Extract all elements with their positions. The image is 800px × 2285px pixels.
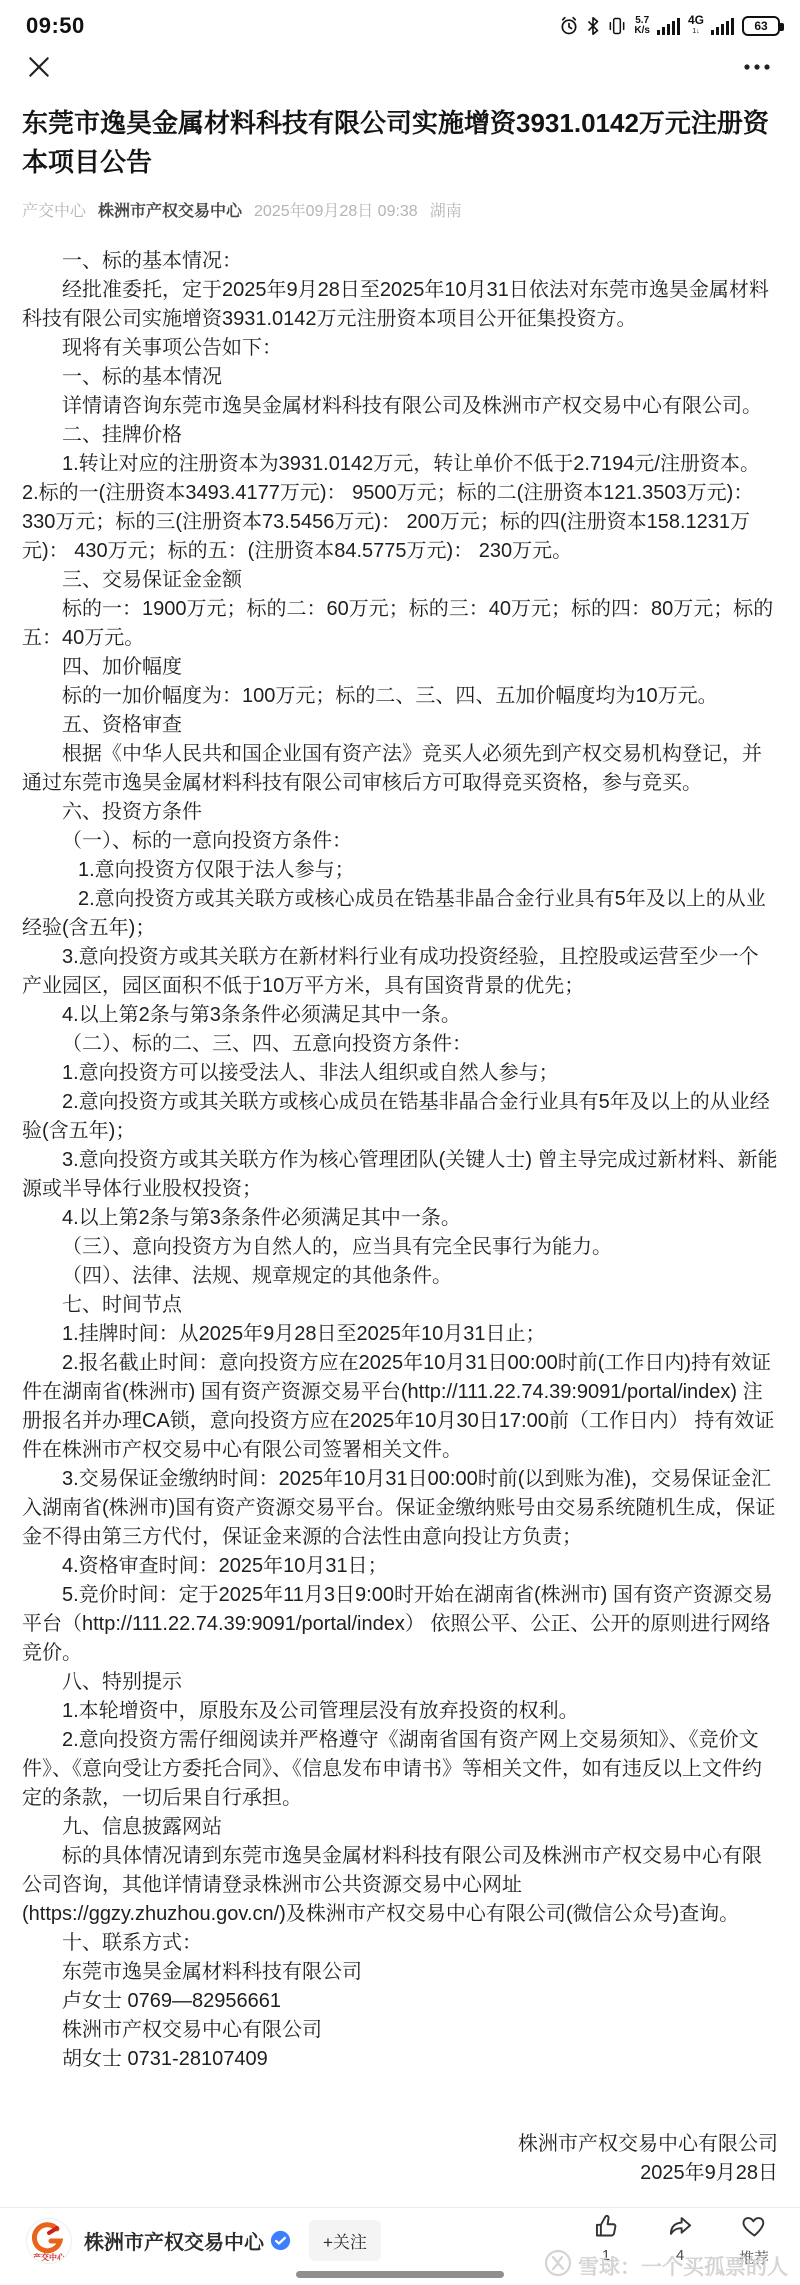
paragraph: （四）、法律、法规、规章规定的其他条件。 (22, 1262, 778, 1291)
avatar[interactable]: 产交中心 (26, 2218, 72, 2264)
alarm-icon (559, 16, 579, 36)
paragraph: 一、标的基本情况： (22, 247, 778, 276)
battery-icon: 63 (742, 16, 780, 36)
paragraph: 标的具体情况请到东莞市逸昊金属材料科技有限公司及株洲市产权交易中心有限公司咨询，… (22, 1842, 778, 1929)
svg-text:产交中心: 产交中心 (33, 2252, 66, 2262)
heart-icon (741, 2213, 768, 2245)
close-icon[interactable] (26, 54, 52, 85)
signal-icon (657, 17, 681, 35)
watermark-text: 雪球：一个买孤票的人 (578, 2251, 788, 2281)
paragraph: 五、资格审查 (22, 711, 778, 740)
paragraph: 十、联系方式： (22, 1929, 778, 1958)
paragraph: 胡女士 0731-28107409 (22, 2045, 778, 2074)
account-name[interactable]: 株洲市产权交易中心 (84, 2226, 264, 2255)
paragraph: 七、时间节点 (22, 1291, 778, 1320)
paragraph: 卢女士 0769—82956661 (22, 1987, 778, 2016)
paragraph: 经批准委托，定于2025年9月28日至2025年10月31日依法对东莞市逸昊金属… (22, 276, 778, 334)
paragraph: 2.标的一(注册资本3493.4177万元)： 9500万元；标的二(注册资本1… (22, 479, 778, 566)
paragraph: 2.意向投资方或其关联方或核心成员在锆基非晶合金行业具有5年及以上的从业经验(含… (22, 885, 778, 943)
paragraph: 4.资格审查时间：2025年10月31日； (22, 1552, 778, 1581)
paragraph: 标的一：1900万元；标的二：60万元；标的三：40万元；标的四：80万元；标的… (22, 595, 778, 653)
source-name[interactable]: 株洲市产权交易中心 (98, 198, 242, 221)
bluetooth-icon (586, 16, 600, 36)
status-icons: 5.7 K/s 4G1↓ 63 (559, 15, 780, 37)
paragraph: 1.意向投资方仅限于法人参与； (22, 856, 778, 885)
signal2-icon (711, 17, 735, 35)
paragraph: 详情请咨询东莞市逸昊金属材料科技有限公司及株洲市产权交易中心有限公司。 (22, 392, 778, 421)
status-time: 09:50 (26, 13, 85, 39)
article: 东莞市逸昊金属材料科技有限公司实施增资3931.0142万元注册资本项目公告 产… (0, 90, 800, 2188)
status-bar: 09:50 5.7 K/s (0, 0, 800, 42)
article-body: 一、标的基本情况：经批准委托，定于2025年9月28日至2025年10月31日依… (22, 247, 778, 2188)
paragraph: 3.意向投资方或其关联方在新材料行业有成功投资经验，且控股或运营至少一个产业园区… (22, 943, 778, 1001)
thumbs-up-icon (593, 2213, 620, 2245)
paragraph: 2.意向投资方需仔细阅读并严格遵守《湖南省国有资产网上交易须知》、《竞价文件》、… (22, 1726, 778, 1813)
paragraph: 2.报名截止时间：意向投资方应在2025年10月31日00:00时前(工作日内)… (22, 1349, 778, 1465)
paragraph: 九、信息披露网站 (22, 1813, 778, 1842)
paragraph: 3.交易保证金缴纳时间：2025年10月31日00:00时前(以到账为准)，交易… (22, 1465, 778, 1552)
paragraph: 2.意向投资方或其关联方或核心成员在锆基非晶合金行业具有5年及以上的从业经验(含… (22, 1088, 778, 1146)
paragraph: 4.以上第2条与第3条条件必须满足其中一条。 (22, 1204, 778, 1233)
paragraph: 标的一加价幅度为：100万元；标的二、三、四、五加价幅度均为10万元。 (22, 682, 778, 711)
app-screen: 09:50 5.7 K/s (0, 0, 800, 2285)
xueqiu-logo-icon (544, 2249, 572, 2283)
paragraph: 二、挂牌价格 (22, 421, 778, 450)
home-indicator[interactable] (296, 2271, 504, 2278)
paragraph: 一、标的基本情况 (22, 363, 778, 392)
region-label: 湖南 (430, 198, 462, 221)
paragraph: 4.以上第2条与第3条条件必须满足其中一条。 (22, 1001, 778, 1030)
paragraph: 株洲市产权交易中心有限公司 (22, 2016, 778, 2045)
paragraph: 株洲市产权交易中心有限公司 (22, 2130, 778, 2159)
more-icon[interactable] (742, 54, 772, 85)
paragraph: （一）、标的一意向投资方条件： (22, 827, 778, 856)
paragraph: 1.本轮增资中，原股东及公司管理层没有放弃投资的权利。 (22, 1697, 778, 1726)
vibrate-icon (607, 16, 627, 36)
battery-percent: 63 (754, 19, 767, 33)
paragraph: 根据《中华人民共和国企业国有资产法》竞买人必须先到产权交易机构登记，并通过东莞市… (22, 740, 778, 798)
network-speed: 5.7 K/s (634, 16, 650, 36)
watermark: 雪球：一个买孤票的人 (544, 2249, 788, 2283)
paragraph: （二）、标的二、三、四、五意向投资方条件： (22, 1030, 778, 1059)
paragraph: 3.意向投资方或其关联方作为核心管理团队(关键人士) 曾主导完成过新材料、新能源… (22, 1146, 778, 1204)
paragraph: 5.竞价时间：定于2025年11月3日9:00时开始在湖南省(株洲市) 国有资产… (22, 1581, 778, 1668)
paragraph: 现将有关事项公告如下： (22, 334, 778, 363)
article-meta: 产交中心 株洲市产权交易中心 2025年09月28日 09:38 湖南 (22, 198, 778, 221)
share-icon (667, 2213, 694, 2245)
paragraph: 2025年9月28日 (22, 2159, 778, 2188)
paragraph: 1.转让对应的注册资本为3931.0142万元，转让单价不低于2.7194元/注… (22, 450, 778, 479)
paragraph: 东莞市逸昊金属材料科技有限公司 (22, 1958, 778, 1987)
paragraph: 1.挂牌时间：从2025年9月28日至2025年10月31日止； (22, 1320, 778, 1349)
publish-datetime: 2025年09月28日 09:38 (254, 198, 418, 221)
follow-button[interactable]: +关注 (309, 2220, 381, 2261)
paragraph: 六、投资方条件 (22, 798, 778, 827)
paragraph: 八、特别提示 (22, 1668, 778, 1697)
source-tag: 产交中心 (22, 198, 86, 221)
verified-badge-icon (270, 2230, 291, 2251)
paragraph: 1.意向投资方可以接受法人、非法人组织或自然人参与； (22, 1059, 778, 1088)
paragraph: 四、加价幅度 (22, 653, 778, 682)
nav-bar (0, 42, 800, 90)
network-type-label: 4G1↓ (688, 15, 704, 37)
paragraph: （三）、意向投资方为自然人的，应当具有完全民事行为能力。 (22, 1233, 778, 1262)
paragraph: 三、交易保证金金额 (22, 566, 778, 595)
page-title: 东莞市逸昊金属材料科技有限公司实施增资3931.0142万元注册资本项目公告 (22, 104, 778, 182)
